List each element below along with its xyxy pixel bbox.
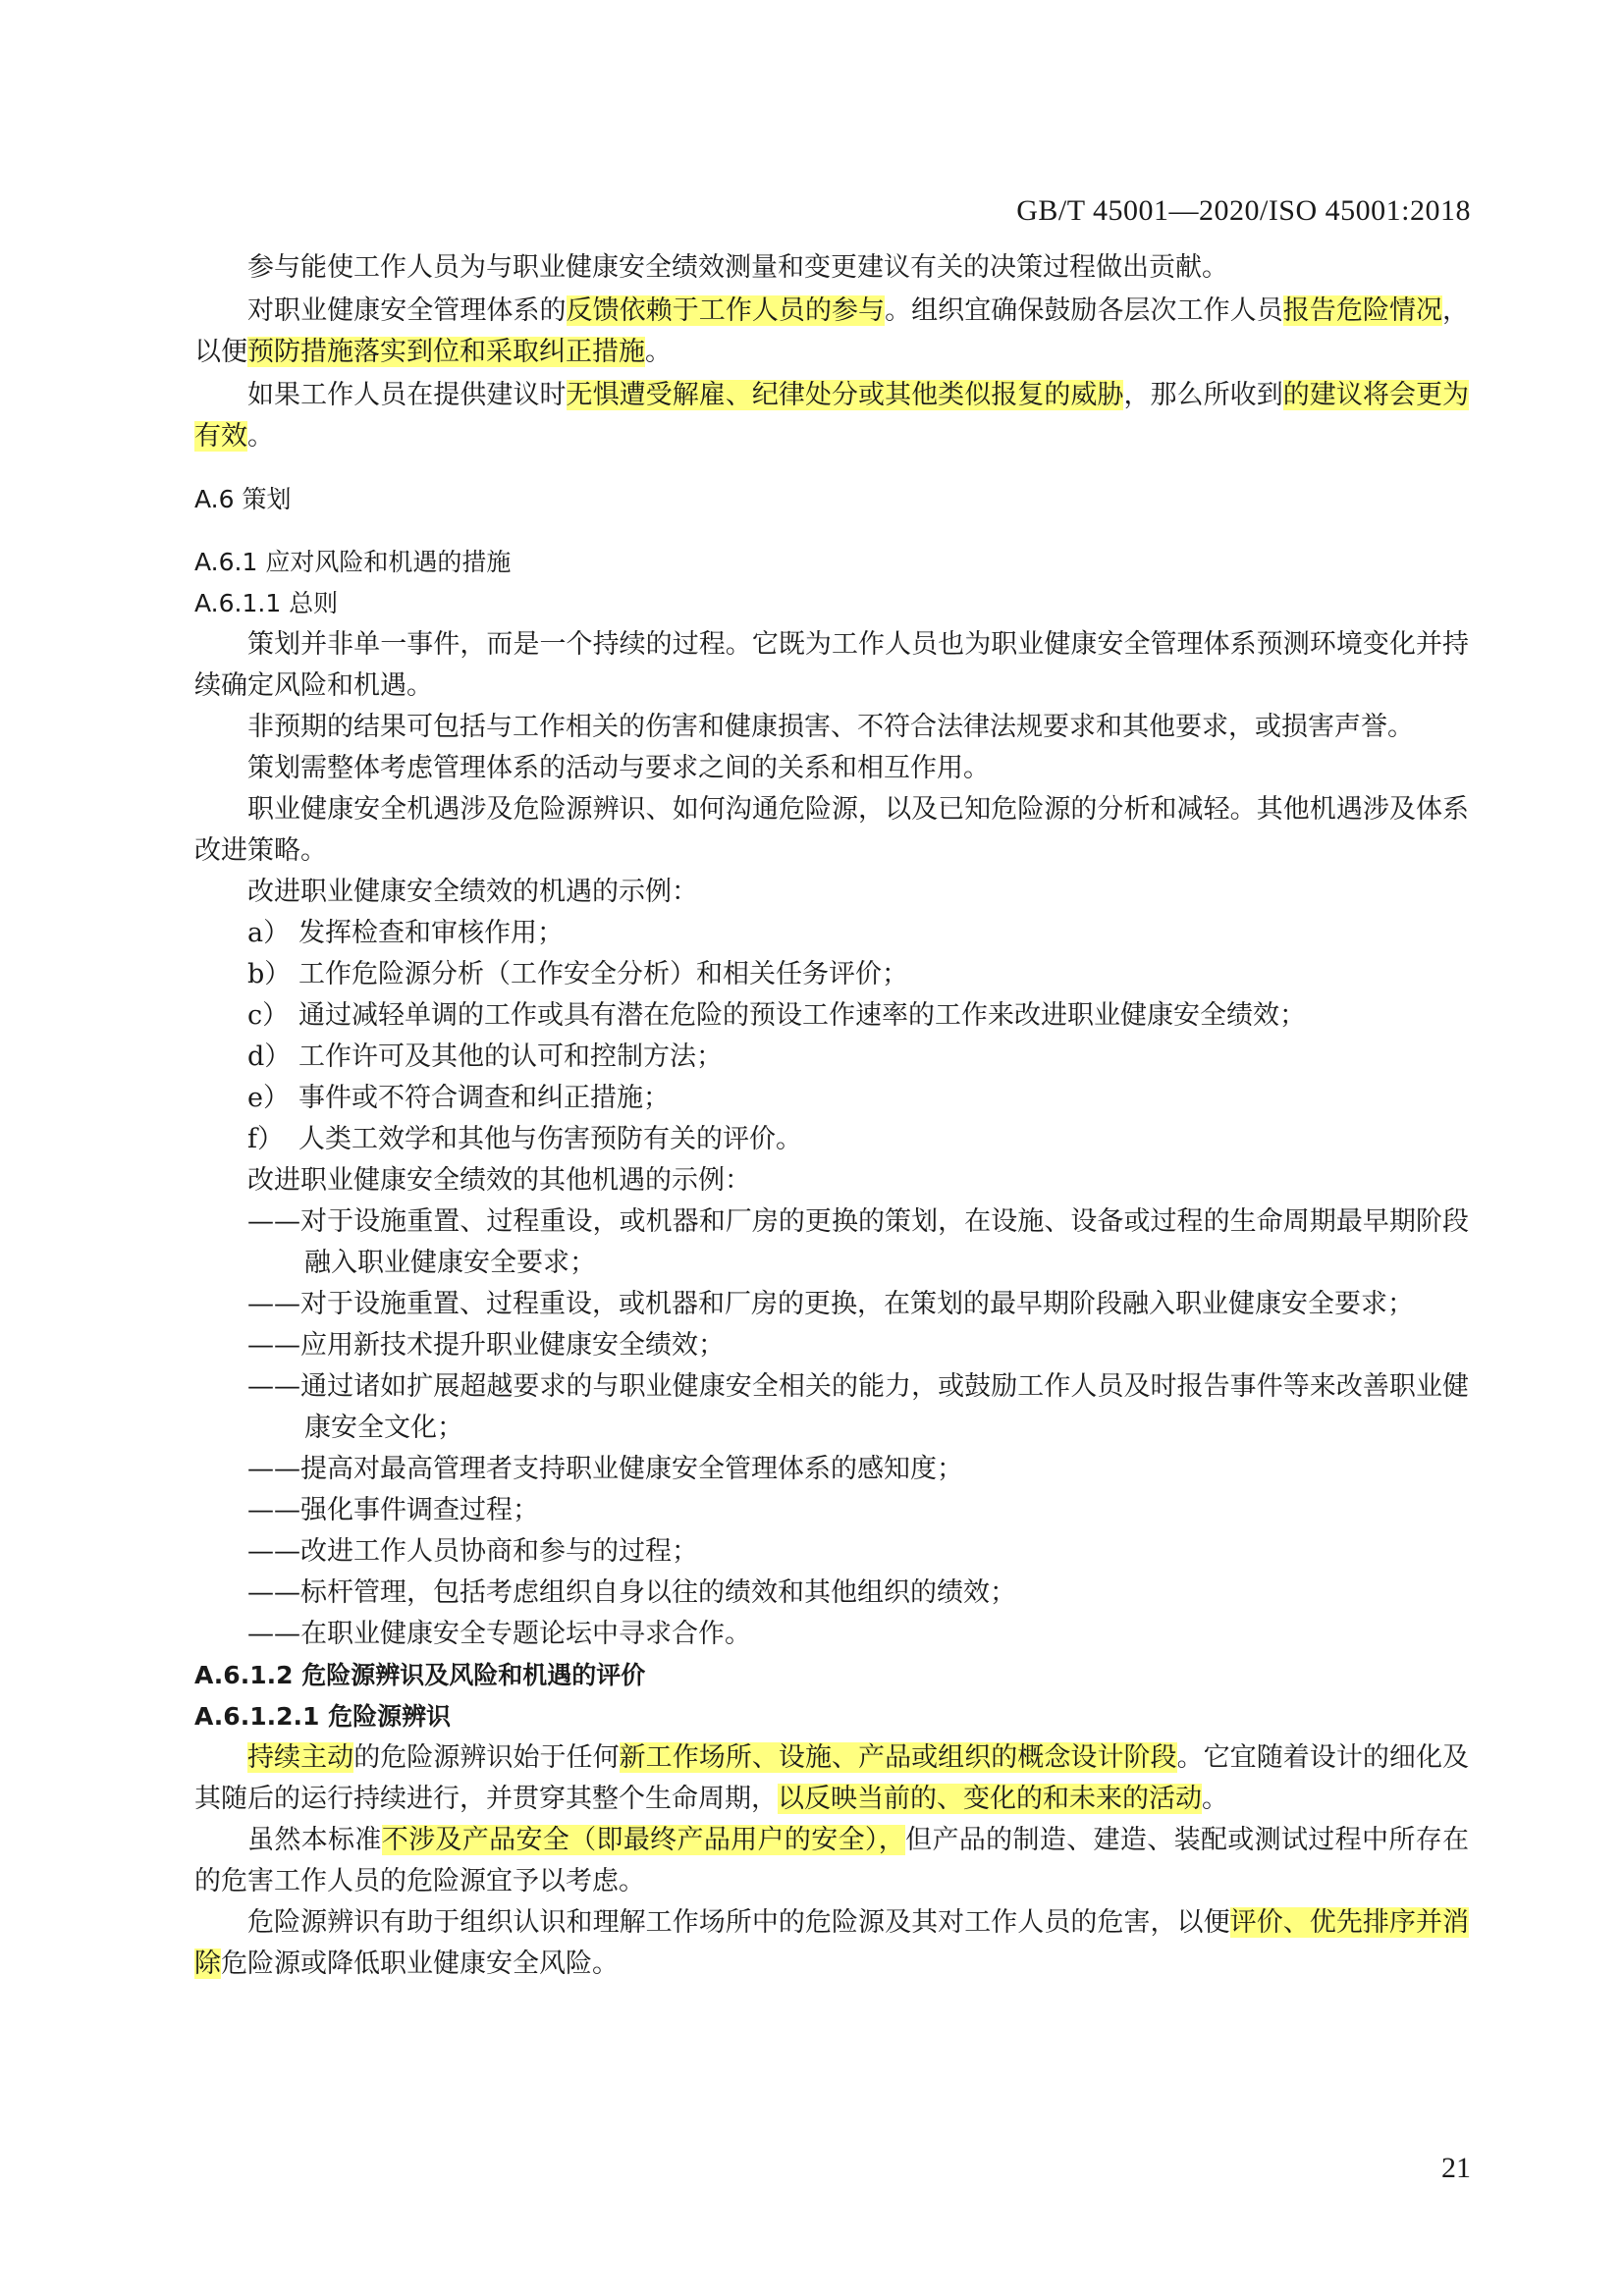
highlighted-text: 不涉及产品安全（即最终产品用户的安全），	[382, 1825, 905, 1855]
paragraph-other-examples-intro: 改进职业健康安全绩效的其他机遇的示例：	[194, 1160, 1469, 1201]
list-marker: e）	[247, 1078, 298, 1119]
text-segment: 。	[1202, 1784, 1228, 1814]
dash-item: ——标杆管理，包括考虑组织自身以往的绩效和其他组织的绩效；	[194, 1573, 1469, 1614]
list-item-e: e）事件或不符合调查和纠正措施；	[194, 1078, 1469, 1119]
heading-a6-1: A.6.1 应对风险和机遇的措施	[194, 542, 1469, 583]
standard-header: GB/T 45001—2020/ISO 45001:2018	[1016, 194, 1471, 228]
list-text: 工作危险源分析（工作安全分析）和相关任务评价；	[298, 959, 908, 989]
heading-a6: A.6 策划	[194, 479, 1469, 520]
heading-a6-1-2: A.6.1.2 危险源辨识及风险和机遇的评价	[194, 1655, 1469, 1696]
text-segment: 。	[645, 337, 672, 367]
text-segment: 危险源辨识有助于组织认识和理解工作场所中的危险源及其对工作人员的危害，以便	[247, 1907, 1230, 1938]
list-item-b: b）工作危险源分析（工作安全分析）和相关任务评价；	[194, 954, 1469, 995]
list-marker: d）	[247, 1037, 298, 1078]
page-number: 21	[1441, 2152, 1471, 2185]
text-segment: 危险源或降低职业健康安全风险。	[221, 1949, 619, 1979]
paragraph-hazard-1: 持续主动的危险源辨识始于任何新工作场所、设施、产品或组织的概念设计阶段。它宜随着…	[194, 1737, 1469, 1820]
highlighted-text: 持续主动	[247, 1742, 353, 1773]
text-segment: 参与能使工作人员为与职业健康安全绩效测量和变更建议有关的决策过程做出贡献。	[247, 252, 1228, 283]
dash-item: ——对于设施重置、过程重设，或机器和厂房的更换，在策划的最早期阶段融入职业健康安…	[194, 1284, 1469, 1325]
heading-a6-1-1: A.6.1.1 总则	[194, 583, 1469, 624]
paragraph-hazard-3: 危险源辨识有助于组织认识和理解工作场所中的危险源及其对工作人员的危害，以便评价、…	[194, 1902, 1469, 1985]
list-marker: b）	[247, 954, 298, 995]
heading-a6-1-2-1: A.6.1.2.1 危险源辨识	[194, 1696, 1469, 1737]
document-body: 参与能使工作人员为与职业健康安全绩效测量和变更建议有关的决策过程做出贡献。 对职…	[194, 247, 1469, 1985]
paragraph-general-2: 非预期的结果可包括与工作相关的伤害和健康损害、不符合法律法规要求和其他要求，或损…	[194, 707, 1469, 748]
highlighted-text: 反馈依赖于工作人员的参与	[567, 295, 886, 326]
list-text: 工作许可及其他的认可和控制方法；	[298, 1041, 723, 1072]
paragraph-general-1: 策划并非单一事件，而是一个持续的过程。它既为工作人员也为职业健康安全管理体系预测…	[194, 624, 1469, 707]
highlighted-text: 报告危险情况	[1283, 295, 1442, 326]
dash-item: ——在职业健康安全专题论坛中寻求合作。	[194, 1614, 1469, 1655]
text-segment: 如果工作人员在提供建议时	[247, 380, 567, 410]
text-segment: 。	[247, 421, 274, 452]
list-marker: f）	[247, 1119, 298, 1160]
list-item-c: c）通过减轻单调的工作或具有潜在危险的预设工作速率的工作来改进职业健康安全绩效；	[194, 995, 1469, 1037]
list-item-f: f）人类工效学和其他与伤害预防有关的评价。	[194, 1119, 1469, 1160]
highlighted-text: 以反映当前的、变化的和未来的活动	[778, 1784, 1202, 1814]
text-segment: 对职业健康安全管理体系的	[247, 295, 567, 326]
list-marker: a）	[247, 913, 298, 954]
paragraph-general-4: 职业健康安全机遇涉及危险源辨识、如何沟通危险源，以及已知危险源的分析和减轻。其他…	[194, 789, 1469, 872]
paragraph-participation: 参与能使工作人员为与职业健康安全绩效测量和变更建议有关的决策过程做出贡献。	[194, 247, 1469, 289]
dash-item: ——强化事件调查过程；	[194, 1490, 1469, 1531]
paragraph-examples-intro: 改进职业健康安全绩效的机遇的示例：	[194, 872, 1469, 913]
text-segment: ，那么所收到	[1123, 380, 1282, 410]
dash-item: ——对于设施重置、过程重设，或机器和厂房的更换的策划，在设施、设备或过程的生命周…	[194, 1201, 1469, 1284]
dash-item: ——通过诸如扩展超越要求的与职业健康安全相关的能力，或鼓励工作人员及时报告事件等…	[194, 1366, 1469, 1449]
list-text: 发挥检查和审核作用；	[298, 918, 564, 948]
list-marker: c）	[247, 995, 298, 1037]
highlighted-text: 预防措施落实到位和采取纠正措施	[247, 337, 645, 367]
text-segment: 的危险源辨识始于任何	[353, 1742, 619, 1773]
paragraph-suggestions: 如果工作人员在提供建议时无惧遭受解雇、纪律处分或其他类似报复的威胁，那么所收到的…	[194, 375, 1469, 457]
list-item-a: a）发挥检查和审核作用；	[194, 913, 1469, 954]
list-text: 事件或不符合调查和纠正措施；	[298, 1083, 670, 1113]
text-segment: 。组织宜确保鼓励各层次工作人员	[885, 295, 1283, 326]
highlighted-text: 新工作场所、设施、产品或组织的概念设计阶段	[620, 1742, 1177, 1773]
dash-item: ——提高对最高管理者支持职业健康安全管理体系的感知度；	[194, 1449, 1469, 1490]
dash-item: ——应用新技术提升职业健康安全绩效；	[194, 1325, 1469, 1366]
dash-item: ——改进工作人员协商和参与的过程；	[194, 1531, 1469, 1573]
text-segment: 虽然本标准	[247, 1825, 382, 1855]
paragraph-general-3: 策划需整体考虑管理体系的活动与要求之间的关系和相互作用。	[194, 748, 1469, 789]
list-text: 人类工效学和其他与伤害预防有关的评价。	[298, 1124, 802, 1154]
highlighted-text: 无惧遭受解雇、纪律处分或其他类似报复的威胁	[567, 380, 1124, 410]
paragraph-feedback: 对职业健康安全管理体系的反馈依赖于工作人员的参与。组织宜确保鼓励各层次工作人员报…	[194, 291, 1469, 373]
list-item-d: d）工作许可及其他的认可和控制方法；	[194, 1037, 1469, 1078]
list-text: 通过减轻单调的工作或具有潜在危险的预设工作速率的工作来改进职业健康安全绩效；	[298, 1000, 1306, 1031]
paragraph-hazard-2: 虽然本标准不涉及产品安全（即最终产品用户的安全），但产品的制造、建造、装配或测试…	[194, 1820, 1469, 1902]
